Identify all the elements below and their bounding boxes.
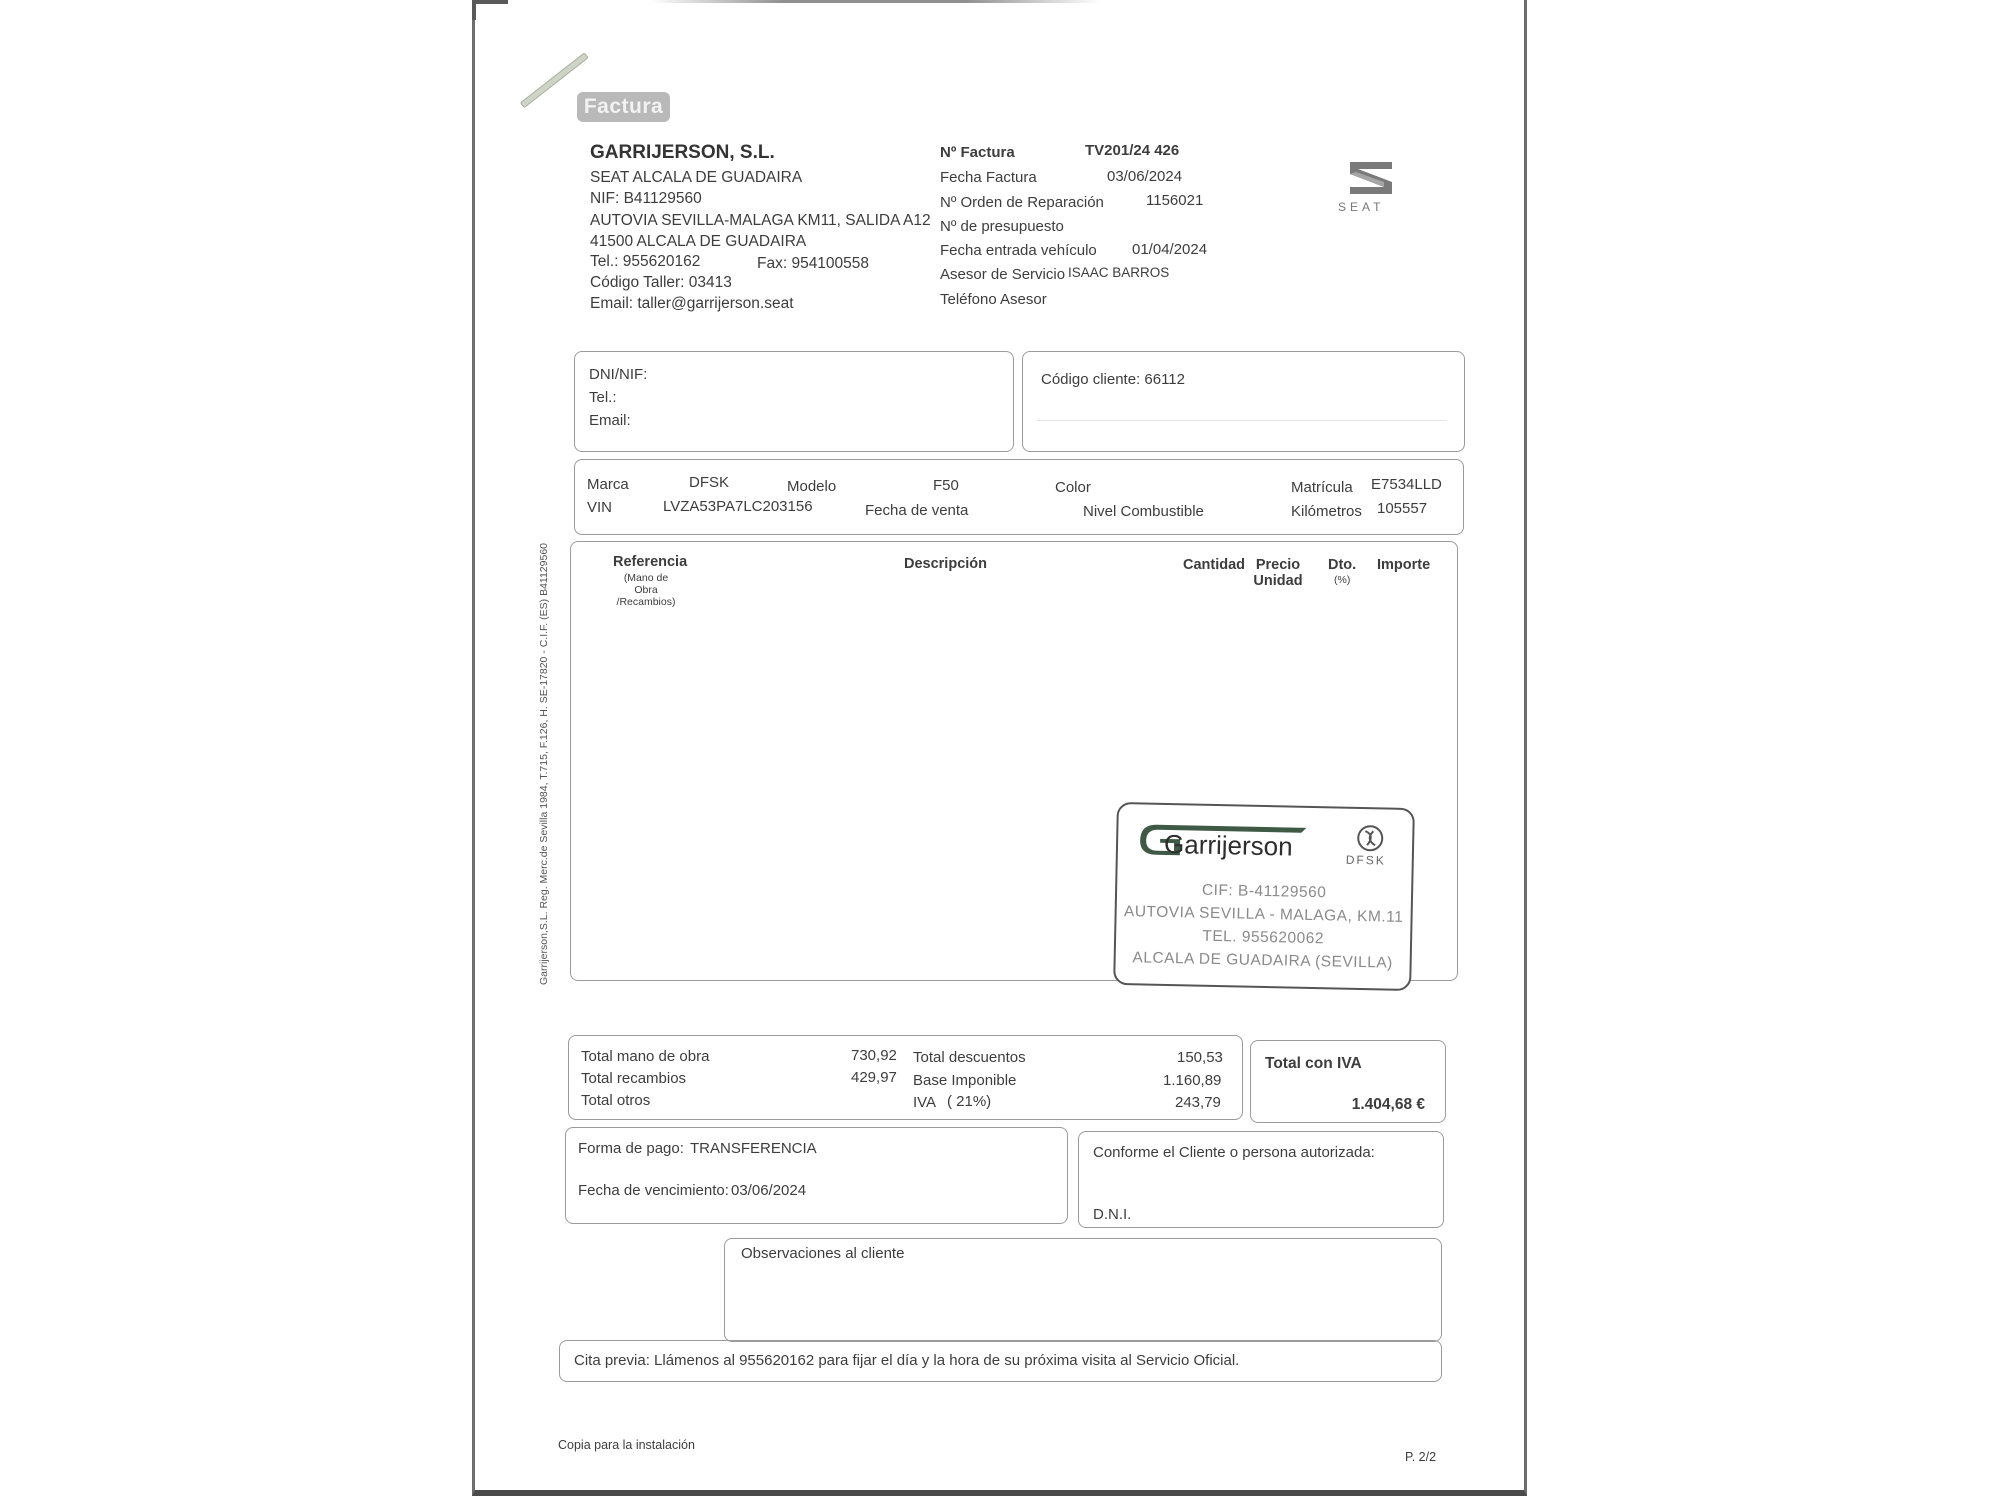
vehicle-model: F50	[933, 477, 959, 494]
stamp-city: ALCALA DE GUADAIRA (SEVILLA)	[1115, 949, 1409, 973]
grand-total-label: Total con IVA	[1265, 1055, 1362, 1073]
col-header-quantity: Cantidad	[1183, 557, 1245, 573]
total-labour: 730,92	[851, 1047, 897, 1064]
client-code: Código cliente: 66112	[1041, 371, 1185, 388]
meta-label-service-advisor: Asesor de Servicio	[940, 266, 1065, 283]
vehicle-vin-label: VIN	[587, 499, 612, 516]
issuer-address: AUTOVIA SEVILLA-MALAGA KM11, SALIDA A12	[590, 212, 931, 230]
payment-method-label: Forma de pago:	[578, 1140, 684, 1157]
issuer-name: GARRIJERSON, S.L.	[590, 142, 775, 164]
issuer-workshop-code: Código Taller: 03413	[590, 274, 732, 292]
stamp-address: AUTOVIA SEVILLA - MALAGA, KM.11	[1116, 903, 1410, 927]
vehicle-brand-label: Marca	[587, 476, 629, 493]
total-parts-label: Total recambios	[581, 1070, 686, 1087]
issuer-email: Email: taller@garrijerson.seat	[590, 295, 794, 313]
vat-label: IVA	[913, 1094, 936, 1111]
observations-label: Observaciones al cliente	[741, 1245, 904, 1262]
scan-shadow	[650, 0, 1100, 3]
col-header-reference: Referencia	[613, 554, 687, 570]
client-email-label: Email:	[589, 412, 631, 429]
total-other-label: Total otros	[581, 1092, 650, 1109]
meta-label-quote-number: Nº de presupuesto	[940, 218, 1064, 235]
seat-logo: SEAT	[1336, 160, 1406, 220]
company-stamp: Garrijerson DFSK CIF: B-41129560 AUTOVIA…	[1113, 802, 1415, 991]
meta-label-invoice-number: Nº Factura	[940, 144, 1015, 161]
issuer-fax: Fax: 954100558	[757, 255, 869, 273]
col-header-discount-sub: (%)	[1334, 574, 1350, 586]
document-type-tag: Factura	[577, 92, 670, 122]
col-header-unit-price: Precio Unidad	[1253, 557, 1303, 589]
stamp-tel: TEL. 955620062	[1116, 926, 1410, 950]
vehicle-fuel-label: Nivel Combustible	[1083, 503, 1204, 520]
vat-amount: 243,79	[1175, 1094, 1221, 1111]
col-header-description: Descripción	[904, 556, 987, 572]
stamp-partner: DFSK	[1346, 853, 1386, 868]
payment-method: TRANSFERENCIA	[690, 1140, 817, 1157]
copy-note: Copia para la instalación	[558, 1438, 695, 1452]
stamp-brand: Garrijerson	[1164, 829, 1293, 863]
dfsk-logo-icon	[1355, 823, 1386, 854]
vehicle-plate-label: Matrícula	[1291, 479, 1353, 496]
signature-dni-label: D.N.I.	[1093, 1206, 1131, 1223]
issuer-line1: SEAT ALCALA DE GUADAIRA	[590, 169, 802, 187]
vehicle-brand: DFSK	[689, 474, 729, 491]
vehicle-vin: LVZA53PA7LC203156	[663, 498, 813, 515]
issuer-city: 41500 ALCALA DE GUADAIRA	[590, 233, 806, 251]
due-date: 03/06/2024	[731, 1182, 806, 1199]
stamp-cif: CIF: B-41129560	[1117, 880, 1411, 904]
vehicle-km-label: Kilómetros	[1291, 503, 1362, 520]
total-labour-label: Total mano de obra	[581, 1048, 709, 1065]
redacted-line	[1037, 420, 1447, 421]
meta-value-vehicle-entry-date: 01/04/2024	[1132, 241, 1207, 258]
signature-box: Conforme el Cliente o persona autorizada…	[1078, 1131, 1444, 1228]
scan-corner	[472, 0, 508, 4]
scan-corner-vertical	[472, 0, 476, 20]
vehicle-color-label: Color	[1055, 479, 1091, 496]
client-contact-box: DNI/NIF: Tel.: Email:	[574, 351, 1014, 452]
issuer-tel: Tel.: 955620162	[590, 253, 700, 271]
totals-box: Total mano de obra 730,92 Total recambio…	[568, 1035, 1243, 1120]
signature-label: Conforme el Cliente o persona autorizada…	[1093, 1144, 1375, 1161]
client-code-box: Código cliente: 66112	[1022, 351, 1465, 452]
grand-total: 1.404,68 €	[1352, 1096, 1425, 1114]
observations-box: Observaciones al cliente	[724, 1238, 1442, 1342]
col-header-discount: Dto.	[1328, 557, 1356, 573]
meta-value-service-advisor: ISAAC BARROS	[1068, 265, 1169, 280]
grand-total-box: Total con IVA 1.404,68 €	[1250, 1040, 1446, 1123]
seat-wordmark: SEAT	[1338, 200, 1384, 214]
client-dni-label: DNI/NIF:	[589, 366, 647, 383]
tax-base: 1.160,89	[1163, 1072, 1221, 1089]
tax-base-label: Base Imponible	[913, 1072, 1016, 1089]
registry-note: Garrijerson,S.L. Reg. Merc.de Sevilla 19…	[538, 543, 550, 985]
meta-label-invoice-date: Fecha Factura	[940, 169, 1037, 186]
appointment-note-box: Cita previa: Llámenos al 955620162 para …	[559, 1340, 1442, 1382]
vehicle-box: Marca DFSK Modelo F50 Color Matrícula E7…	[574, 459, 1464, 535]
meta-label-repair-order: Nº Orden de Reparación	[940, 194, 1104, 211]
payment-box: Forma de pago: TRANSFERENCIA Fecha de ve…	[565, 1127, 1068, 1224]
col-header-reference-sub: (Mano de Obra /Recambios)	[611, 572, 681, 608]
due-date-label: Fecha de vencimiento:	[578, 1182, 729, 1199]
client-tel-label: Tel.:	[589, 389, 617, 406]
vehicle-plate: E7534LLD	[1371, 476, 1442, 493]
vehicle-model-label: Modelo	[787, 478, 836, 495]
meta-label-vehicle-entry-date: Fecha entrada vehículo	[940, 242, 1097, 259]
meta-value-invoice-date: 03/06/2024	[1107, 168, 1182, 185]
total-discounts-label: Total descuentos	[913, 1049, 1026, 1066]
vehicle-sale-date-label: Fecha de venta	[865, 502, 968, 519]
vat-rate: ( 21%)	[947, 1093, 991, 1110]
appointment-note: Cita previa: Llámenos al 955620162 para …	[574, 1352, 1239, 1369]
col-header-amount: Importe	[1377, 557, 1430, 573]
meta-value-invoice-number: TV201/24 426	[1085, 142, 1179, 159]
meta-value-repair-order: 1156021	[1146, 192, 1203, 209]
total-discounts: 150,53	[1177, 1049, 1223, 1066]
meta-label-advisor-phone: Teléfono Asesor	[940, 291, 1047, 308]
vehicle-km: 105557	[1377, 500, 1427, 517]
issuer-nif: NIF: B41129560	[590, 190, 702, 208]
page-number: P. 2/2	[1405, 1450, 1436, 1464]
total-parts: 429,97	[851, 1069, 897, 1086]
